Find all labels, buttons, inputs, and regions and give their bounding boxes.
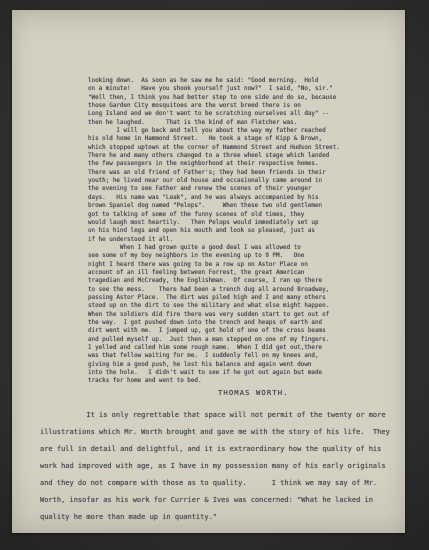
typescript-page: looking down. As soon as he saw me he sa… — [12, 10, 405, 533]
signature-thomas-worth: THOMAS WORTH. — [218, 388, 289, 397]
editors-note-text: It is only regrettable that space will n… — [40, 407, 390, 526]
memoir-text: looking down. As soon as he saw me he sa… — [88, 77, 340, 386]
